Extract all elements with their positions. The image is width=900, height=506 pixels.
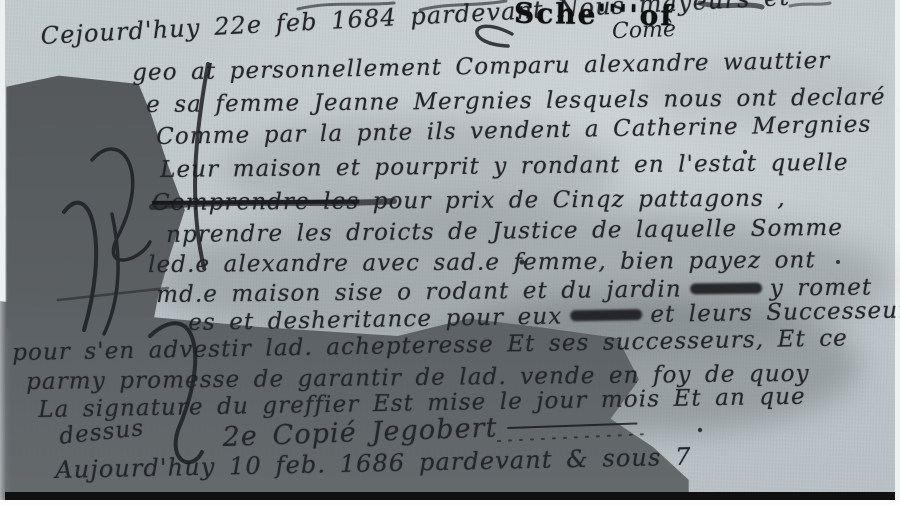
ink-blot xyxy=(690,282,762,294)
line-text: pour prix de Cinqz pattagons , xyxy=(373,186,786,215)
ink-blot xyxy=(570,309,642,321)
scan-margin xyxy=(0,500,900,506)
signature-flourish xyxy=(508,422,638,429)
copy-note: Comè xyxy=(612,17,677,44)
manuscript-line-with-strikethrough: Comprendre les pour prix de Cinqz pattag… xyxy=(152,186,786,216)
struck-text: Comprendre les xyxy=(152,189,359,216)
scan-edge-bar xyxy=(5,492,895,500)
line-text: et leurs Successeurs xyxy=(650,297,900,328)
manuscript-scan: Sche''''of Comè Cejourd'huy 22e feb 1684… xyxy=(0,0,900,506)
manuscript-line: led.e alexandre avec sad.e femme, bien p… xyxy=(148,247,816,278)
